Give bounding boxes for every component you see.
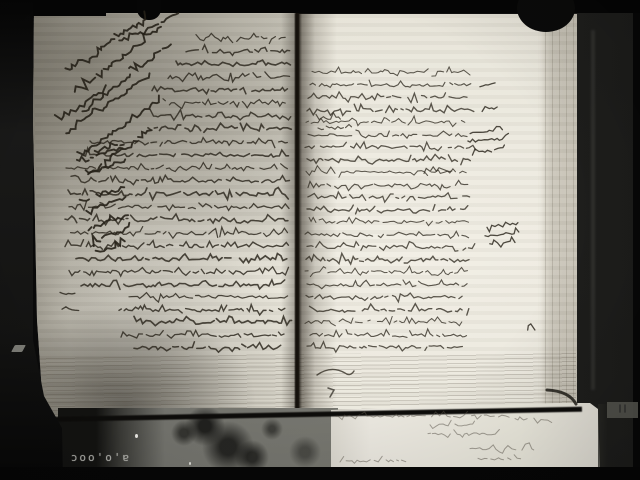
ink-stroke (308, 180, 468, 190)
ink-stroke (528, 324, 535, 330)
ink-stroke (309, 217, 468, 225)
ink-stroke (119, 13, 178, 40)
ink-stroke (305, 266, 468, 276)
ink-stroke (328, 388, 334, 397)
ink-stroke (90, 138, 287, 148)
ink-stroke (307, 104, 474, 116)
ink-stroke (312, 67, 470, 76)
ink-stroke (308, 92, 467, 103)
ink-stroke (186, 45, 290, 56)
ink-stroke (308, 192, 470, 202)
ink-stroke (480, 83, 495, 87)
ink-stroke (69, 267, 289, 276)
ink-stroke (163, 99, 285, 109)
ink-stroke (121, 330, 284, 338)
ink-stroke (152, 86, 287, 93)
ink-stroke (470, 443, 540, 453)
ink-stroke (430, 420, 478, 428)
ink-stroke (60, 292, 75, 294)
handwriting-ink-overlay (0, 0, 640, 480)
ink-stroke (470, 127, 506, 134)
ink-stroke (310, 80, 471, 87)
ink-stroke (318, 125, 352, 130)
ink-stroke (305, 142, 476, 151)
ink-stroke (468, 133, 509, 142)
ink-stroke (307, 154, 470, 164)
ink-stroke (71, 175, 290, 184)
ink-stroke (69, 202, 289, 211)
ink-stroke (306, 116, 468, 126)
ink-stroke (307, 280, 471, 289)
ink-stroke (428, 430, 499, 438)
ink-stroke (305, 231, 469, 238)
ink-stroke (547, 390, 576, 404)
ink-stroke (487, 222, 518, 231)
ink-stroke (307, 342, 462, 352)
ink-stroke (478, 455, 521, 460)
ink-stroke (62, 307, 79, 311)
ink-stroke (134, 342, 281, 352)
ink-stroke (340, 456, 406, 463)
ink-stroke (490, 237, 515, 247)
manuscript-photograph: ɔoo'o'ɐ (0, 0, 640, 480)
ink-stroke (310, 304, 469, 315)
ink-stroke (196, 33, 285, 43)
ink-stroke (306, 253, 469, 264)
ink-stroke (317, 369, 354, 375)
ink-stroke (305, 317, 462, 326)
ink-stroke (316, 113, 340, 120)
ink-stroke (148, 123, 291, 132)
ink-stroke (336, 411, 509, 419)
ink-stroke (482, 107, 497, 112)
ink-stroke (81, 280, 288, 290)
ink-stroke (472, 145, 504, 155)
ink-stroke (129, 293, 288, 302)
ink-stroke (176, 60, 290, 66)
ink-stroke (307, 205, 468, 214)
ink-stroke (65, 11, 145, 69)
ink-stroke (150, 109, 291, 120)
ink-stroke (168, 72, 290, 82)
ink-stroke (77, 96, 159, 155)
ink-stroke (310, 329, 467, 337)
ink-stroke (308, 130, 471, 138)
ink-stroke (307, 242, 478, 252)
ink-stroke (55, 85, 106, 119)
ink-stroke (76, 254, 287, 263)
ink-stroke (306, 166, 466, 178)
ink-stroke (134, 316, 292, 326)
ink-stroke (306, 293, 462, 302)
ink-stroke (515, 417, 552, 423)
ink-stroke (86, 197, 125, 214)
ink-stroke (119, 305, 288, 315)
ink-stroke (66, 73, 149, 133)
ink-stroke (65, 214, 288, 225)
